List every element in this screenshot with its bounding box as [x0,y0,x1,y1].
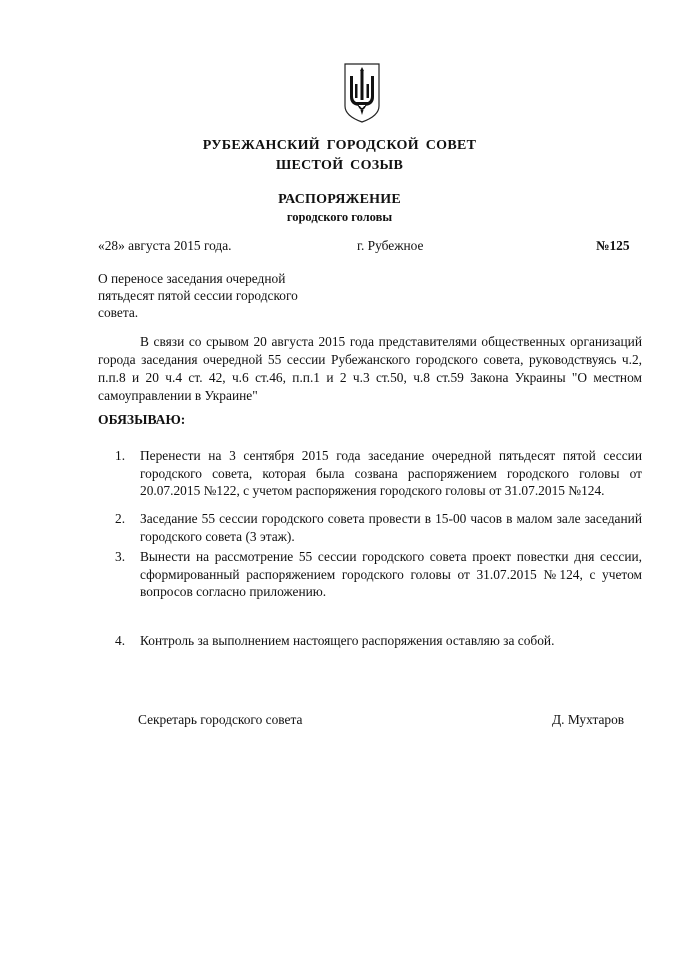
council-title: РУБЕЖАНСКИЙ ГОРОДСКОЙ СОВЕТ [0,137,679,154]
signer-name: Д. Мухтаров [552,711,624,728]
list-item-number: 2. [115,510,125,528]
list-item: 3. Вынести на рассмотрение 55 сессии гор… [98,548,642,601]
document-subtype: городского головы [0,209,679,226]
document-city: г. Рубежное [357,237,423,254]
list-item-text: Заседание 55 сессии городского совета пр… [140,511,642,544]
signer-role: Секретарь городского совета [138,711,302,728]
document-date: «28» августа 2015 года. [98,237,232,254]
document-type: РАСПОРЯЖЕНИЕ [0,191,679,208]
convocation-title: ШЕСТОЙ СОЗЫВ [0,157,679,174]
coat-of-arms-emblem-icon [343,62,381,124]
document-subject: О переносе заседания очередной пятьдесят… [98,270,313,321]
list-item-text: Вынести на рассмотрение 55 сессии городс… [140,549,642,599]
list-item-text: Контроль за выполнением настоящего распо… [140,633,554,648]
list-item-number: 1. [115,447,125,465]
document-number: №125 [596,237,630,254]
list-item-number: 3. [115,548,125,566]
oblige-heading: ОБЯЗЫВАЮ: [98,411,185,428]
list-item: 2. Заседание 55 сессии городского совета… [98,510,642,545]
list-item-text: Перенести на 3 сентября 2015 года заседа… [140,448,642,498]
list-item: 1. Перенести на 3 сентября 2015 года зас… [98,447,642,500]
preamble-paragraph: В связи со срывом 20 августа 2015 года п… [98,333,642,405]
list-item: 4. Контроль за выполнением настоящего ра… [98,632,642,650]
list-item-number: 4. [115,632,125,650]
